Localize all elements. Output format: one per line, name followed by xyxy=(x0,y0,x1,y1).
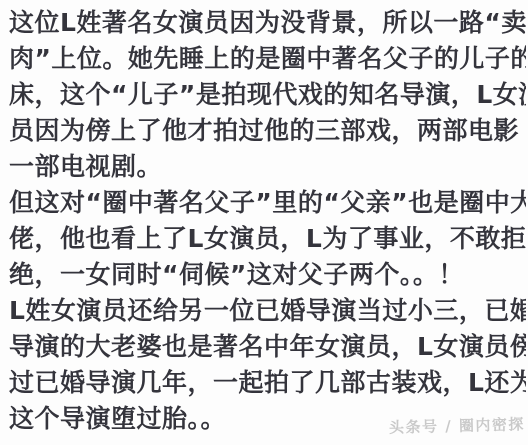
text-line: 肉”上位。她先睡上的是圈中著名父子的儿子的 xyxy=(9,41,526,77)
watermark: 头条号 / 圈内密探 xyxy=(389,413,525,438)
text-line: 这位L姓著名女演员因为没背景，所以一路“卖 xyxy=(9,5,526,41)
text-line: L姓女演员还给另一位已婚导演当过小三，已婚 xyxy=(9,293,526,329)
text-line: 员因为傍上了他才拍过他的三部戏，两部电影 xyxy=(9,113,526,149)
text-line: 过已婚导演几年，一起拍了几部古装戏，L还为 xyxy=(9,365,526,401)
text-line: 导演的大老婆也是著名中年女演员，L女演员傍 xyxy=(9,329,526,365)
text-line: 佬，他也看上了L女演员，L为了事业，不敢拒 xyxy=(9,221,526,257)
text-line: 床，这个“儿子”是拍现代戏的知名导演，L女演 xyxy=(9,77,526,113)
text-line: 但这对“圈中著名父子”里的“父亲”也是圈中大 xyxy=(9,185,526,221)
article-text: 这位L姓著名女演员因为没背景，所以一路“卖 肉”上位。她先睡上的是圈中著名父子的… xyxy=(9,5,526,437)
text-line: 一部电视剧。 xyxy=(9,149,526,185)
text-line: 绝，一女同时“伺候”这对父子两个。。！ xyxy=(9,257,526,293)
